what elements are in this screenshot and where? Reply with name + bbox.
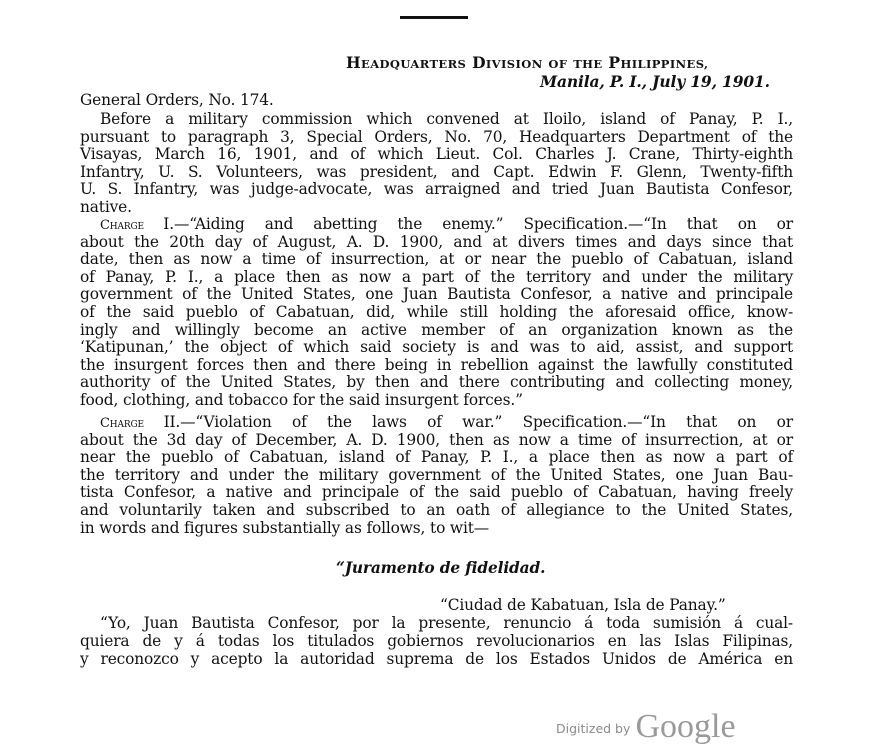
oath-title: “Juramento de fidelidad. [336,560,545,577]
headquarters-title: HEADQUARTERS DIVISION OF THE PHILIPPINES… [346,54,708,73]
oath-place: “Ciudad de Kabatuan, Isla de Panay.” [440,597,726,614]
text-line: quiera de y á todas los titulados gobier… [80,633,793,650]
text-line: of the said pueblo of Cabatuan, did, whi… [80,304,793,321]
text-line: of Panay, P. I., a place then as now a p… [80,269,793,286]
text-line: ingly and willingly become an active mem… [80,322,793,339]
watermark-prefix: Digitized by [556,721,630,736]
charge-label: Charge [100,416,164,431]
text-line: y reconozco y acepto la autoridad suprem… [80,651,793,668]
text-line: ‘Katipunan,’ the object of which said so… [80,339,793,356]
charge-label: Charge [100,218,163,233]
order-number: General Orders, No. 174. [80,92,274,109]
text-line: the territory and under the military gov… [80,467,793,484]
text-line: “Yo, Juan Bautista Confesor, por la pres… [100,615,793,632]
dateline: Manila, P. I., July 19, 1901. [540,73,770,90]
text-line: pursuant to paragraph 3, Special Orders,… [80,129,793,146]
text-line: about the 20th day of August, A. D. 1900… [80,234,793,251]
headquarters-title-text: HEADQUARTERS DIVISION OF THE PHILIPPINES… [346,53,708,72]
text-line: Infantry, U. S. Volunteers, was presiden… [80,164,793,181]
text-line: about the 3d day of December, A. D. 1900… [80,432,793,449]
text-line: and voluntarily taken and subscribed to … [80,502,793,519]
google-watermark: Digitized by Google [556,708,736,746]
text-line: authority of the United States, by then … [80,374,793,391]
text-line: near the pueblo of Cabatuan, island of P… [80,449,793,466]
text-line: Charge II.—“Violation of the laws of war… [100,414,793,432]
text-line: Before a military commission which conve… [100,111,793,128]
text-line: date, then as now a time of insurrection… [80,251,793,268]
text-line: tista Confesor, a native and principale … [80,484,793,501]
watermark-brand: Google [635,708,735,745]
top-rule [400,16,468,19]
text-line: U. S. Infantry, was judge-advocate, was … [80,181,793,198]
text-line: Charge I.—“Aiding and abetting the enemy… [100,216,793,234]
text-line: government of the United States, one Jua… [80,286,793,303]
text-line: food, clothing, and tobacco for the said… [80,392,523,409]
text-line: the insurgent forces then and there bein… [80,357,793,374]
text-line: Visayas, March 16, 1901, and of which Li… [80,146,793,163]
text-line: native. [80,199,132,216]
text-line: in words and figures substantially as fo… [80,520,489,537]
